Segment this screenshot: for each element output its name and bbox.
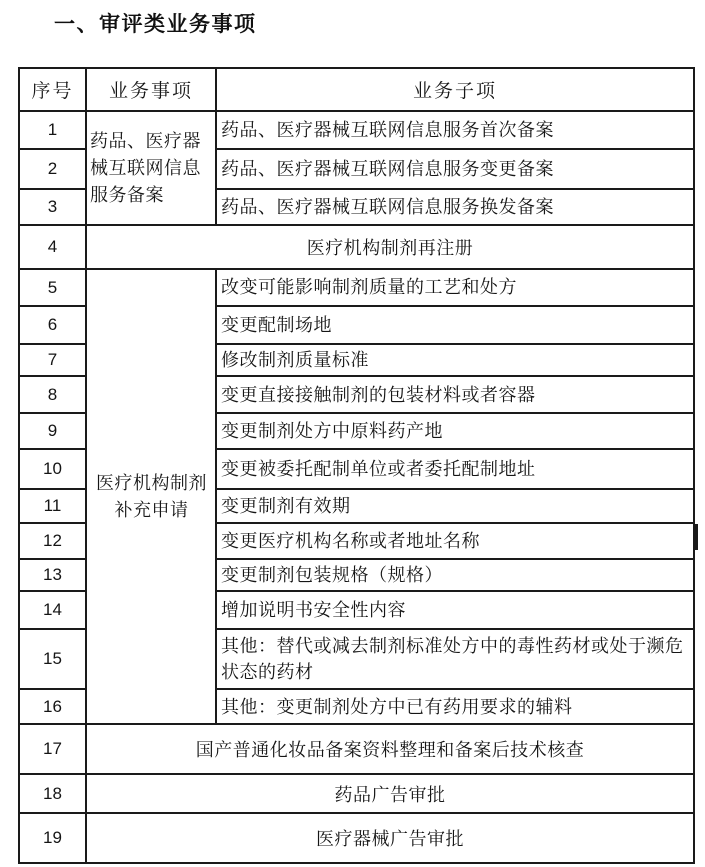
table-row: 18 药品广告审批 xyxy=(19,774,694,813)
sub-item-cell: 变更制剂有效期 xyxy=(216,489,694,523)
merged-item-cell: 医疗器械广告审批 xyxy=(86,813,694,863)
business-items-table: 序号 业务事项 业务子项 1 药品、医疗器械互联网信息服务备案 药品、医疗器械互… xyxy=(18,67,695,864)
row-number: 15 xyxy=(19,629,86,689)
row-number: 5 xyxy=(19,269,86,306)
header-business-item: 业务事项 xyxy=(86,68,216,111)
row-number: 2 xyxy=(19,149,86,189)
row-number: 12 xyxy=(19,523,86,559)
row-number: 11 xyxy=(19,489,86,523)
sub-item-cell: 变更医疗机构名称或者地址名称 xyxy=(216,523,694,559)
row-number: 18 xyxy=(19,774,86,813)
row-number: 4 xyxy=(19,225,86,269)
merged-item-cell: 国产普通化妆品备案资料整理和备案后技术核查 xyxy=(86,724,694,774)
row-number: 1 xyxy=(19,111,86,149)
sub-item-cell: 变更制剂包装规格（规格） xyxy=(216,559,694,591)
header-seq-no: 序号 xyxy=(19,68,86,111)
sub-item-cell: 变更直接接触制剂的包装材料或者容器 xyxy=(216,376,694,413)
scan-artifact-line xyxy=(694,524,698,550)
item-group-cell: 药品、医疗器械互联网信息服务备案 xyxy=(86,111,216,225)
row-number: 6 xyxy=(19,306,86,344)
row-number: 14 xyxy=(19,591,86,629)
sub-item-cell: 其他：替代或减去制剂标准处方中的毒性药材或处于濒危状态的药材 xyxy=(216,629,694,689)
document-page: 一、审评类业务事项 序号 业务事项 业务子项 1 药品、医疗器械互联网信息服务备… xyxy=(0,0,705,867)
sub-item-cell: 变更被委托配制单位或者委托配制地址 xyxy=(216,449,694,489)
row-number: 7 xyxy=(19,344,86,376)
row-number: 9 xyxy=(19,413,86,449)
table-row: 19 医疗器械广告审批 xyxy=(19,813,694,863)
row-number: 3 xyxy=(19,189,86,225)
row-number: 17 xyxy=(19,724,86,774)
merged-item-cell: 药品广告审批 xyxy=(86,774,694,813)
sub-item-cell: 变更配制场地 xyxy=(216,306,694,344)
table-row: 4 医疗机构制剂再注册 xyxy=(19,225,694,269)
table-header-row: 序号 业务事项 业务子项 xyxy=(19,68,694,111)
row-number: 19 xyxy=(19,813,86,863)
sub-item-cell: 改变可能影响制剂质量的工艺和处方 xyxy=(216,269,694,306)
sub-item-cell: 修改制剂质量标准 xyxy=(216,344,694,376)
sub-item-cell: 变更制剂处方中原料药产地 xyxy=(216,413,694,449)
sub-item-cell: 增加说明书安全性内容 xyxy=(216,591,694,629)
table-row: 17 国产普通化妆品备案资料整理和备案后技术核查 xyxy=(19,724,694,774)
sub-item-cell: 药品、医疗器械互联网信息服务换发备案 xyxy=(216,189,694,225)
sub-item-cell: 其他：变更制剂处方中已有药用要求的辅料 xyxy=(216,689,694,724)
row-number: 16 xyxy=(19,689,86,724)
merged-item-cell: 医疗机构制剂再注册 xyxy=(86,225,694,269)
header-business-subitem: 业务子项 xyxy=(216,68,694,111)
row-number: 8 xyxy=(19,376,86,413)
table-row: 1 药品、医疗器械互联网信息服务备案 药品、医疗器械互联网信息服务首次备案 xyxy=(19,111,694,149)
table-row: 5 医疗机构制剂补充申请 改变可能影响制剂质量的工艺和处方 xyxy=(19,269,694,306)
sub-item-cell: 药品、医疗器械互联网信息服务首次备案 xyxy=(216,111,694,149)
item-group-cell: 医疗机构制剂补充申请 xyxy=(86,269,216,724)
page-title: 一、审评类业务事项 xyxy=(54,8,257,38)
sub-item-cell: 药品、医疗器械互联网信息服务变更备案 xyxy=(216,149,694,189)
row-number: 13 xyxy=(19,559,86,591)
row-number: 10 xyxy=(19,449,86,489)
